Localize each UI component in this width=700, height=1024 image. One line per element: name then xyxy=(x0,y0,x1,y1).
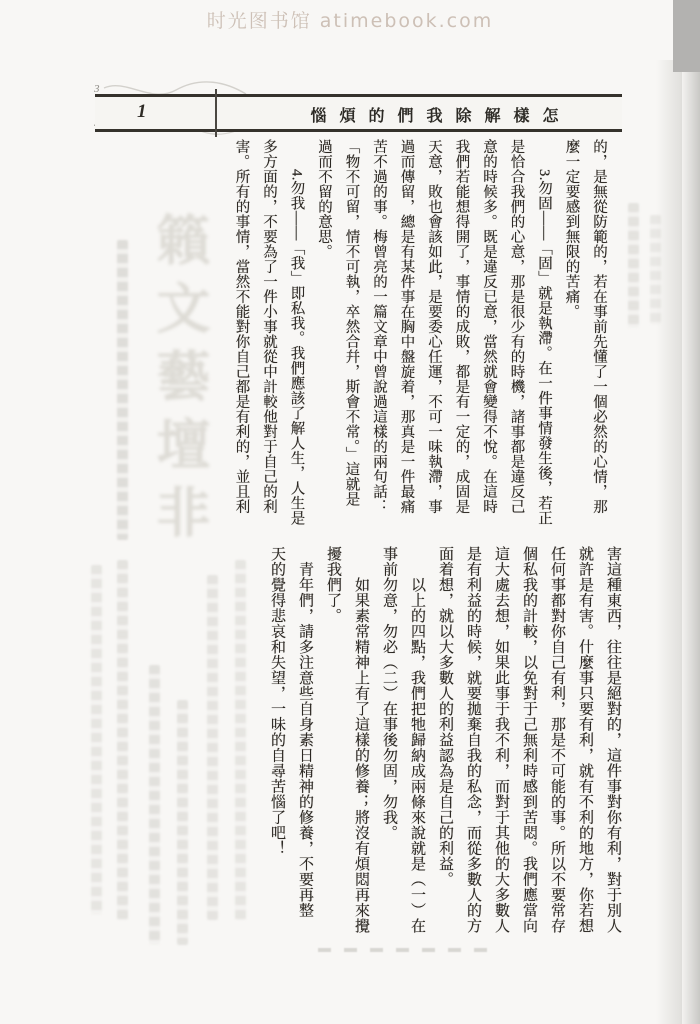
text-column: 多方面的，不要為了一件小事就從中計較他對于自己的利 xyxy=(262,139,277,537)
text-column: 個私我的計較，以免對于己無利時感到苦悶。我們應當向 xyxy=(521,546,536,976)
text-column: 就許是有害。什麼事只要有利，就有不利的地方，你若想 xyxy=(577,546,592,976)
watermark-text: 时光图书馆 atimebook.com xyxy=(0,6,700,33)
bleed-through-column xyxy=(117,560,128,920)
bleed-through-column xyxy=(177,700,188,945)
bleed-through-column xyxy=(91,565,102,915)
text-column: 麼一定要感到無限的苦痛。 xyxy=(564,139,579,537)
text-column: 過而傳留，總是有某件事在胸中盤旋着，那真是一件最痛 xyxy=(399,139,414,537)
bleed-through-column xyxy=(149,665,160,945)
scan-corner-block xyxy=(673,0,700,72)
text-column: 任何事都對你自己有利，那是不可能的事。所以不要常存 xyxy=(549,546,564,976)
text-column: 害這種東西，往往是絕對的，這件事對你有利，對于別人 xyxy=(605,546,620,976)
text-column: 如果素常精神上有了這樣的修養；將沒有煩悶再來攪 xyxy=(353,546,368,976)
text-column: 意的時候多。既是違反已意，當然就會變得不悅。在這時 xyxy=(482,139,497,537)
page-number: 1 xyxy=(137,101,147,123)
chapter-title: 惱煩的們我除解樣怎 xyxy=(291,103,591,126)
text-column: 4.勿我——「我」即私我。我們應該了解人生，人生是 xyxy=(289,139,304,537)
text-column: 是有利益的時候，就要拋棄自我的私念，而從多數人的方 xyxy=(465,546,480,976)
text-column: 3.勿固——「固」就是執滯。在一件事情發生後，若正 xyxy=(537,139,552,537)
text-register-bottom: 害這種東西，往往是絕對的，這件事對你有利，對于別人就許是有害。什麼事只要有利，就… xyxy=(256,546,620,976)
bleed-through-column xyxy=(650,215,661,325)
running-head-band: 1 惱煩的們我除解樣怎 xyxy=(95,94,622,132)
bleed-through-column xyxy=(628,203,639,328)
text-column: 青年們，請多注意些自身素日精神的修養，不要再整 xyxy=(297,546,312,976)
text-column: 「物不可留，情不可執，卒然合幷，斯會不常。」這就是 xyxy=(344,139,359,537)
text-column: 天意，敗也會該如此，是要委心任運，不可一味執滯，事 xyxy=(427,139,442,537)
text-column: 害。所有的事情，當然不能對你自己都是有利的，並且利 xyxy=(234,139,249,537)
text-column: 苦不過的事。梅曾亮的一篇文章中曾說過這樣的兩句話： xyxy=(372,139,387,537)
text-column: 我們若能想得開了，事情的成敗，都是有一定的，成固是 xyxy=(454,139,469,537)
scanned-book-page: 时光图书馆 atimebook.com 籟文藝壇非 3 3 1 惱煩的們我除解樣… xyxy=(0,0,700,1024)
scan-edge-strip xyxy=(680,0,700,1024)
text-column: 以上的四點，我們把牠歸納成兩條來說就是（一）在 xyxy=(409,546,424,976)
text-column: 這大處去想，如果此事于我不利，而對于其他的大多數人 xyxy=(493,546,508,976)
text-column: 是恰合我們的心意，那是很少有的時機，諸事都是違反己 xyxy=(509,139,524,537)
header-divider-rule xyxy=(215,89,217,137)
text-column: 事前勿意，勿必（二）在事後勿固，勿我。 xyxy=(381,546,396,976)
text-column: 天的覺得悲哀和失望，一味的自尋苦惱了吧！ xyxy=(269,546,284,976)
text-column: 擾我們了。 xyxy=(325,546,340,976)
text-column: 的，是無從防範的，若在事前先懂了一個必然的心情，那 xyxy=(592,139,607,537)
bleed-through-column xyxy=(207,575,218,920)
text-column: 過而不留的意思。 xyxy=(317,139,332,537)
bleed-through-column xyxy=(117,240,128,540)
bleed-through-column xyxy=(235,560,246,920)
text-column: 面着想，就以大多數人的利益認為是自己的利益。 xyxy=(437,546,452,976)
page-edge-shadow xyxy=(656,60,682,1024)
text-register-top: 的，是無從防範的，若在事前先懂了一個必然的心情，那麼一定要感到無限的苦痛。 3.… xyxy=(221,139,606,537)
